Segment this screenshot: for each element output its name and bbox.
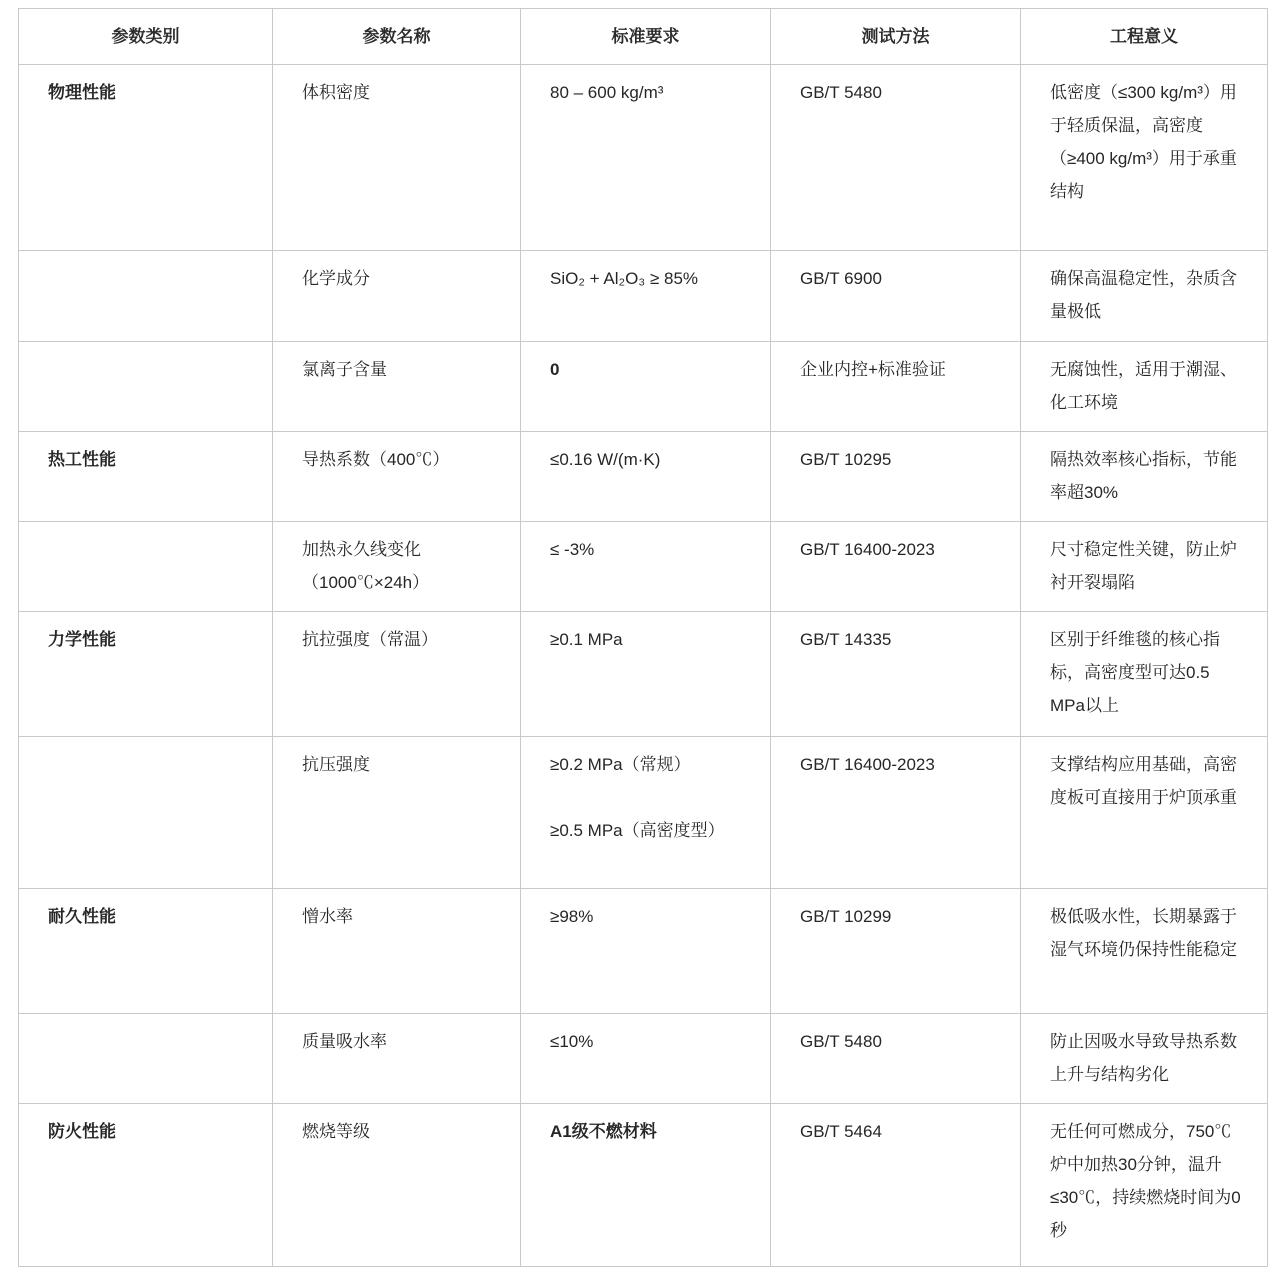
requirement-text: ≥0.2 MPa（常规） [550,748,750,781]
category-cell [19,522,273,612]
meaning-cell: 低密度（≤300 kg/m³）用于轻质保温，高密度（≥400 kg/m³）用于承… [1021,65,1268,251]
table-row: 力学性能 抗拉强度（常温） ≥0.1 MPa GB/T 14335 区别于纤维毯… [19,612,1268,737]
table-row: 化学成分 SiO₂ + Al₂O₃ ≥ 85% GB/T 6900 确保高温稳定… [19,251,1268,342]
param-name-cell: 抗压强度 [273,737,521,889]
category-cell [19,1014,273,1104]
method-cell: GB/T 10299 [771,889,1021,1014]
col-header-name: 参数名称 [273,9,521,65]
requirement-cell: 80 – 600 kg/m³ [521,65,771,251]
category-cell [19,342,273,432]
category-cell: 防火性能 [19,1104,273,1267]
meaning-cell: 区别于纤维毯的核心指标，高密度型可达0.5 MPa以上 [1021,612,1268,737]
method-cell: 企业内控+标准验证 [771,342,1021,432]
method-cell: GB/T 5480 [771,65,1021,251]
param-name-cell: 导热系数（400℃） [273,432,521,522]
requirement-cell: ≥0.2 MPa（常规）≥0.5 MPa（高密度型） [521,737,771,889]
category-cell [19,737,273,889]
col-header-meaning: 工程意义 [1021,9,1268,65]
method-cell: GB/T 10295 [771,432,1021,522]
category-cell: 耐久性能 [19,889,273,1014]
category-cell [19,251,273,342]
requirement-cell: ≤ -3% [521,522,771,612]
method-cell: GB/T 16400-2023 [771,737,1021,889]
col-header-requirement: 标准要求 [521,9,771,65]
table-row: 耐久性能 憎水率 ≥98% GB/T 10299 极低吸水性，长期暴露于湿气环境… [19,889,1268,1014]
requirement-text: ≥0.5 MPa（高密度型） [550,814,750,847]
meaning-cell: 无任何可燃成分，750℃炉中加热30分钟，温升≤30℃，持续燃烧时间为0秒 [1021,1104,1268,1267]
meaning-cell: 隔热效率核心指标，节能率超30% [1021,432,1268,522]
requirement-cell: ≥98% [521,889,771,1014]
param-name-cell: 体积密度 [273,65,521,251]
requirement-text: A1级不燃材料 [550,1115,750,1148]
table-row: 抗压强度 ≥0.2 MPa（常规）≥0.5 MPa（高密度型） GB/T 164… [19,737,1268,889]
requirement-cell: A1级不燃材料 [521,1104,771,1267]
table-row: 热工性能 导热系数（400℃） ≤0.16 W/(m·K) GB/T 10295… [19,432,1268,522]
table-header: 参数类别 参数名称 标准要求 测试方法 工程意义 [19,9,1268,65]
category-cell: 热工性能 [19,432,273,522]
category-cell: 物理性能 [19,65,273,251]
requirement-cell: SiO₂ + Al₂O₃ ≥ 85% [521,251,771,342]
method-cell: GB/T 6900 [771,251,1021,342]
meaning-cell: 极低吸水性，长期暴露于湿气环境仍保持性能稳定 [1021,889,1268,1014]
requirement-cell: ≤10% [521,1014,771,1104]
param-name-cell: 化学成分 [273,251,521,342]
category-cell: 力学性能 [19,612,273,737]
param-name-cell: 质量吸水率 [273,1014,521,1104]
col-header-category: 参数类别 [19,9,273,65]
meaning-cell: 尺寸稳定性关键，防止炉衬开裂塌陷 [1021,522,1268,612]
requirement-cell: ≥0.1 MPa [521,612,771,737]
table-row: 加热永久线变化（1000℃×24h） ≤ -3% GB/T 16400-2023… [19,522,1268,612]
meaning-cell: 确保高温稳定性，杂质含量极低 [1021,251,1268,342]
method-cell: GB/T 5464 [771,1104,1021,1267]
method-cell: GB/T 14335 [771,612,1021,737]
meaning-cell: 无腐蚀性，适用于潮湿、化工环境 [1021,342,1268,432]
table-body: 物理性能 体积密度 80 – 600 kg/m³ GB/T 5480 低密度（≤… [19,65,1268,1267]
table-row: 防火性能 燃烧等级 A1级不燃材料 GB/T 5464 无任何可燃成分，750℃… [19,1104,1268,1267]
requirement-text: 0 [550,353,750,386]
table-row: 物理性能 体积密度 80 – 600 kg/m³ GB/T 5480 低密度（≤… [19,65,1268,251]
meaning-cell: 防止因吸水导致导热系数上升与结构劣化 [1021,1014,1268,1104]
param-name-cell: 加热永久线变化（1000℃×24h） [273,522,521,612]
requirement-cell: 0 [521,342,771,432]
method-cell: GB/T 16400-2023 [771,522,1021,612]
header-row: 参数类别 参数名称 标准要求 测试方法 工程意义 [19,9,1268,65]
requirement-text: ≤ -3% [550,533,750,566]
method-cell: GB/T 5480 [771,1014,1021,1104]
param-name-cell: 氯离子含量 [273,342,521,432]
meaning-cell: 支撑结构应用基础，高密度板可直接用于炉顶承重 [1021,737,1268,889]
param-name-cell: 燃烧等级 [273,1104,521,1267]
requirement-text: 80 – 600 kg/m³ [550,76,750,109]
page: 参数类别 参数名称 标准要求 测试方法 工程意义 物理性能 体积密度 80 – … [0,0,1285,1275]
requirement-text: ≥0.1 MPa [550,623,750,656]
spec-table: 参数类别 参数名称 标准要求 测试方法 工程意义 物理性能 体积密度 80 – … [18,8,1268,1267]
col-header-method: 测试方法 [771,9,1021,65]
param-name-cell: 憎水率 [273,889,521,1014]
table-row: 氯离子含量 0 企业内控+标准验证 无腐蚀性，适用于潮湿、化工环境 [19,342,1268,432]
table-row: 质量吸水率 ≤10% GB/T 5480 防止因吸水导致导热系数上升与结构劣化 [19,1014,1268,1104]
requirement-cell: ≤0.16 W/(m·K) [521,432,771,522]
param-name-cell: 抗拉强度（常温） [273,612,521,737]
requirement-text: ≤0.16 W/(m·K) [550,443,750,476]
requirement-text: SiO₂ + Al₂O₃ ≥ 85% [550,262,750,295]
requirement-text: ≤10% [550,1025,750,1058]
requirement-text: ≥98% [550,900,750,933]
